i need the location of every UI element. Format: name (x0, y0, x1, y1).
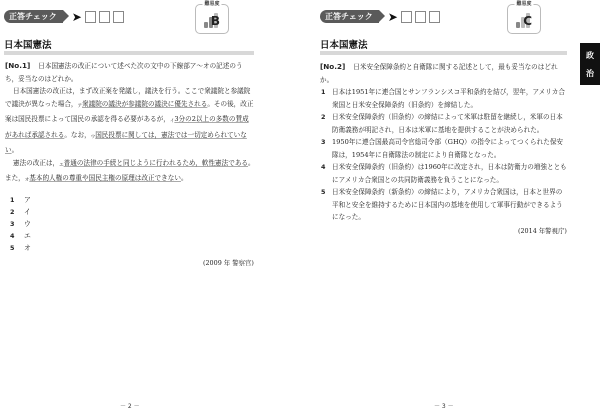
question-2: [No.2]日米安全保障条約と自衛隊に関する記述として，最も妥当なのはどれか。 … (320, 61, 568, 224)
answer-check-label: 正答チェック (320, 10, 379, 23)
choice-5[interactable]: 5日米安全保障条約（新条約）の締結により，アメリカ合衆国は，日本と世界の平和と安… (320, 186, 568, 224)
answer-choices: 1ア 2イ 3ウ 4エ 5オ (10, 194, 31, 254)
answer-check-row: 正答チェック ➤ (320, 10, 443, 23)
underline-e: 普通の法律の手続と同じように行われるため，軟性憲法である (64, 159, 248, 167)
choice-3[interactable]: 3ウ (10, 218, 31, 230)
answer-checkbox-3[interactable] (429, 11, 440, 23)
passage-paragraph-1: 日本国憲法の改正は，まず改正案を発議し，議決を行う。ここで衆議院と参議院で議決が… (5, 85, 255, 157)
difficulty-title: 難易度 (202, 0, 221, 7)
page-3: 正答チェック ➤ 難易度 C 日本国憲法 [No.2]日米安全保障条約と自衛隊に… (300, 0, 600, 412)
choice-3[interactable]: 31950年に連合国最高司令官総司令部（GHQ）の指令によってつくられた保安隊は… (320, 136, 568, 161)
choice-4[interactable]: 4日米安全保障条約（旧条約）は1960年に改定され，日本は防衛力の増強とともにア… (320, 161, 568, 186)
arrow-right-icon: ➤ (388, 11, 398, 23)
passage-paragraph-2: 憲法の改正は，エ普通の法律の手続と同じように行われるため，軟性憲法である。また，… (5, 157, 255, 188)
subject-tab-politics[interactable]: 政 治 (580, 43, 600, 85)
difficulty-badge: 難易度 B (195, 4, 229, 34)
choice-1[interactable]: 1日本は1951年に連合国とサンフランシスコ平和条約を結び，翌年，アメリカ合衆国… (320, 86, 568, 111)
choice-4[interactable]: 4エ (10, 230, 31, 242)
difficulty-level: C (523, 15, 532, 27)
difficulty-title: 難易度 (514, 0, 533, 7)
answer-checkbox-1[interactable] (401, 11, 412, 23)
page-number: － 2 － (120, 401, 140, 410)
answer-checkbox-3[interactable] (113, 11, 124, 23)
answer-check-row: 正答チェック ➤ (4, 10, 127, 23)
answer-checkbox-2[interactable] (415, 11, 426, 23)
underline-o: 基本的人権の尊重や国民主権の原理は改正できない (29, 174, 181, 182)
choice-5[interactable]: 5オ (10, 242, 31, 254)
choice-1[interactable]: 1ア (10, 194, 31, 206)
difficulty-level: B (211, 15, 220, 27)
choice-2[interactable]: 2イ (10, 206, 31, 218)
question-number: [No.1] (5, 61, 30, 70)
choice-2[interactable]: 2日米安全保障条約（旧条約）の締結によって米軍は駐留を継続し，米軍の日本防衛義務… (320, 111, 568, 136)
section-title: 日本国憲法 (4, 40, 254, 55)
section-title: 日本国憲法 (320, 40, 567, 55)
page-number: － 3 － (434, 401, 454, 410)
answer-checkbox-2[interactable] (99, 11, 110, 23)
answer-checkbox-1[interactable] (85, 11, 96, 23)
page-2: 正答チェック ➤ 難易度 B 日本国憲法 [No.1]日本国憲法の改正について述… (0, 0, 300, 412)
question-prompt: [No.1]日本国憲法の改正について述べた次の文中の下線部ア～オの記述のうち，妥… (5, 60, 255, 85)
difficulty-badge: 難易度 C (507, 4, 541, 34)
question-prompt: [No.2]日米安全保障条約と自衛隊に関する記述として，最も妥当なのはどれか。 (320, 61, 568, 86)
question-number: [No.2] (320, 62, 345, 71)
arrow-right-icon: ➤ (72, 11, 82, 23)
question-1: [No.1]日本国憲法の改正について述べた次の文中の下線部ア～オの記述のうち，妥… (5, 60, 255, 188)
question-source: (2009 年 警察官) (203, 258, 254, 267)
underline-a: 衆議院の議決が参議院の議決に優先される (82, 100, 207, 108)
question-source: (2014 年警視庁) (518, 226, 567, 235)
answer-check-label: 正答チェック (4, 10, 63, 23)
